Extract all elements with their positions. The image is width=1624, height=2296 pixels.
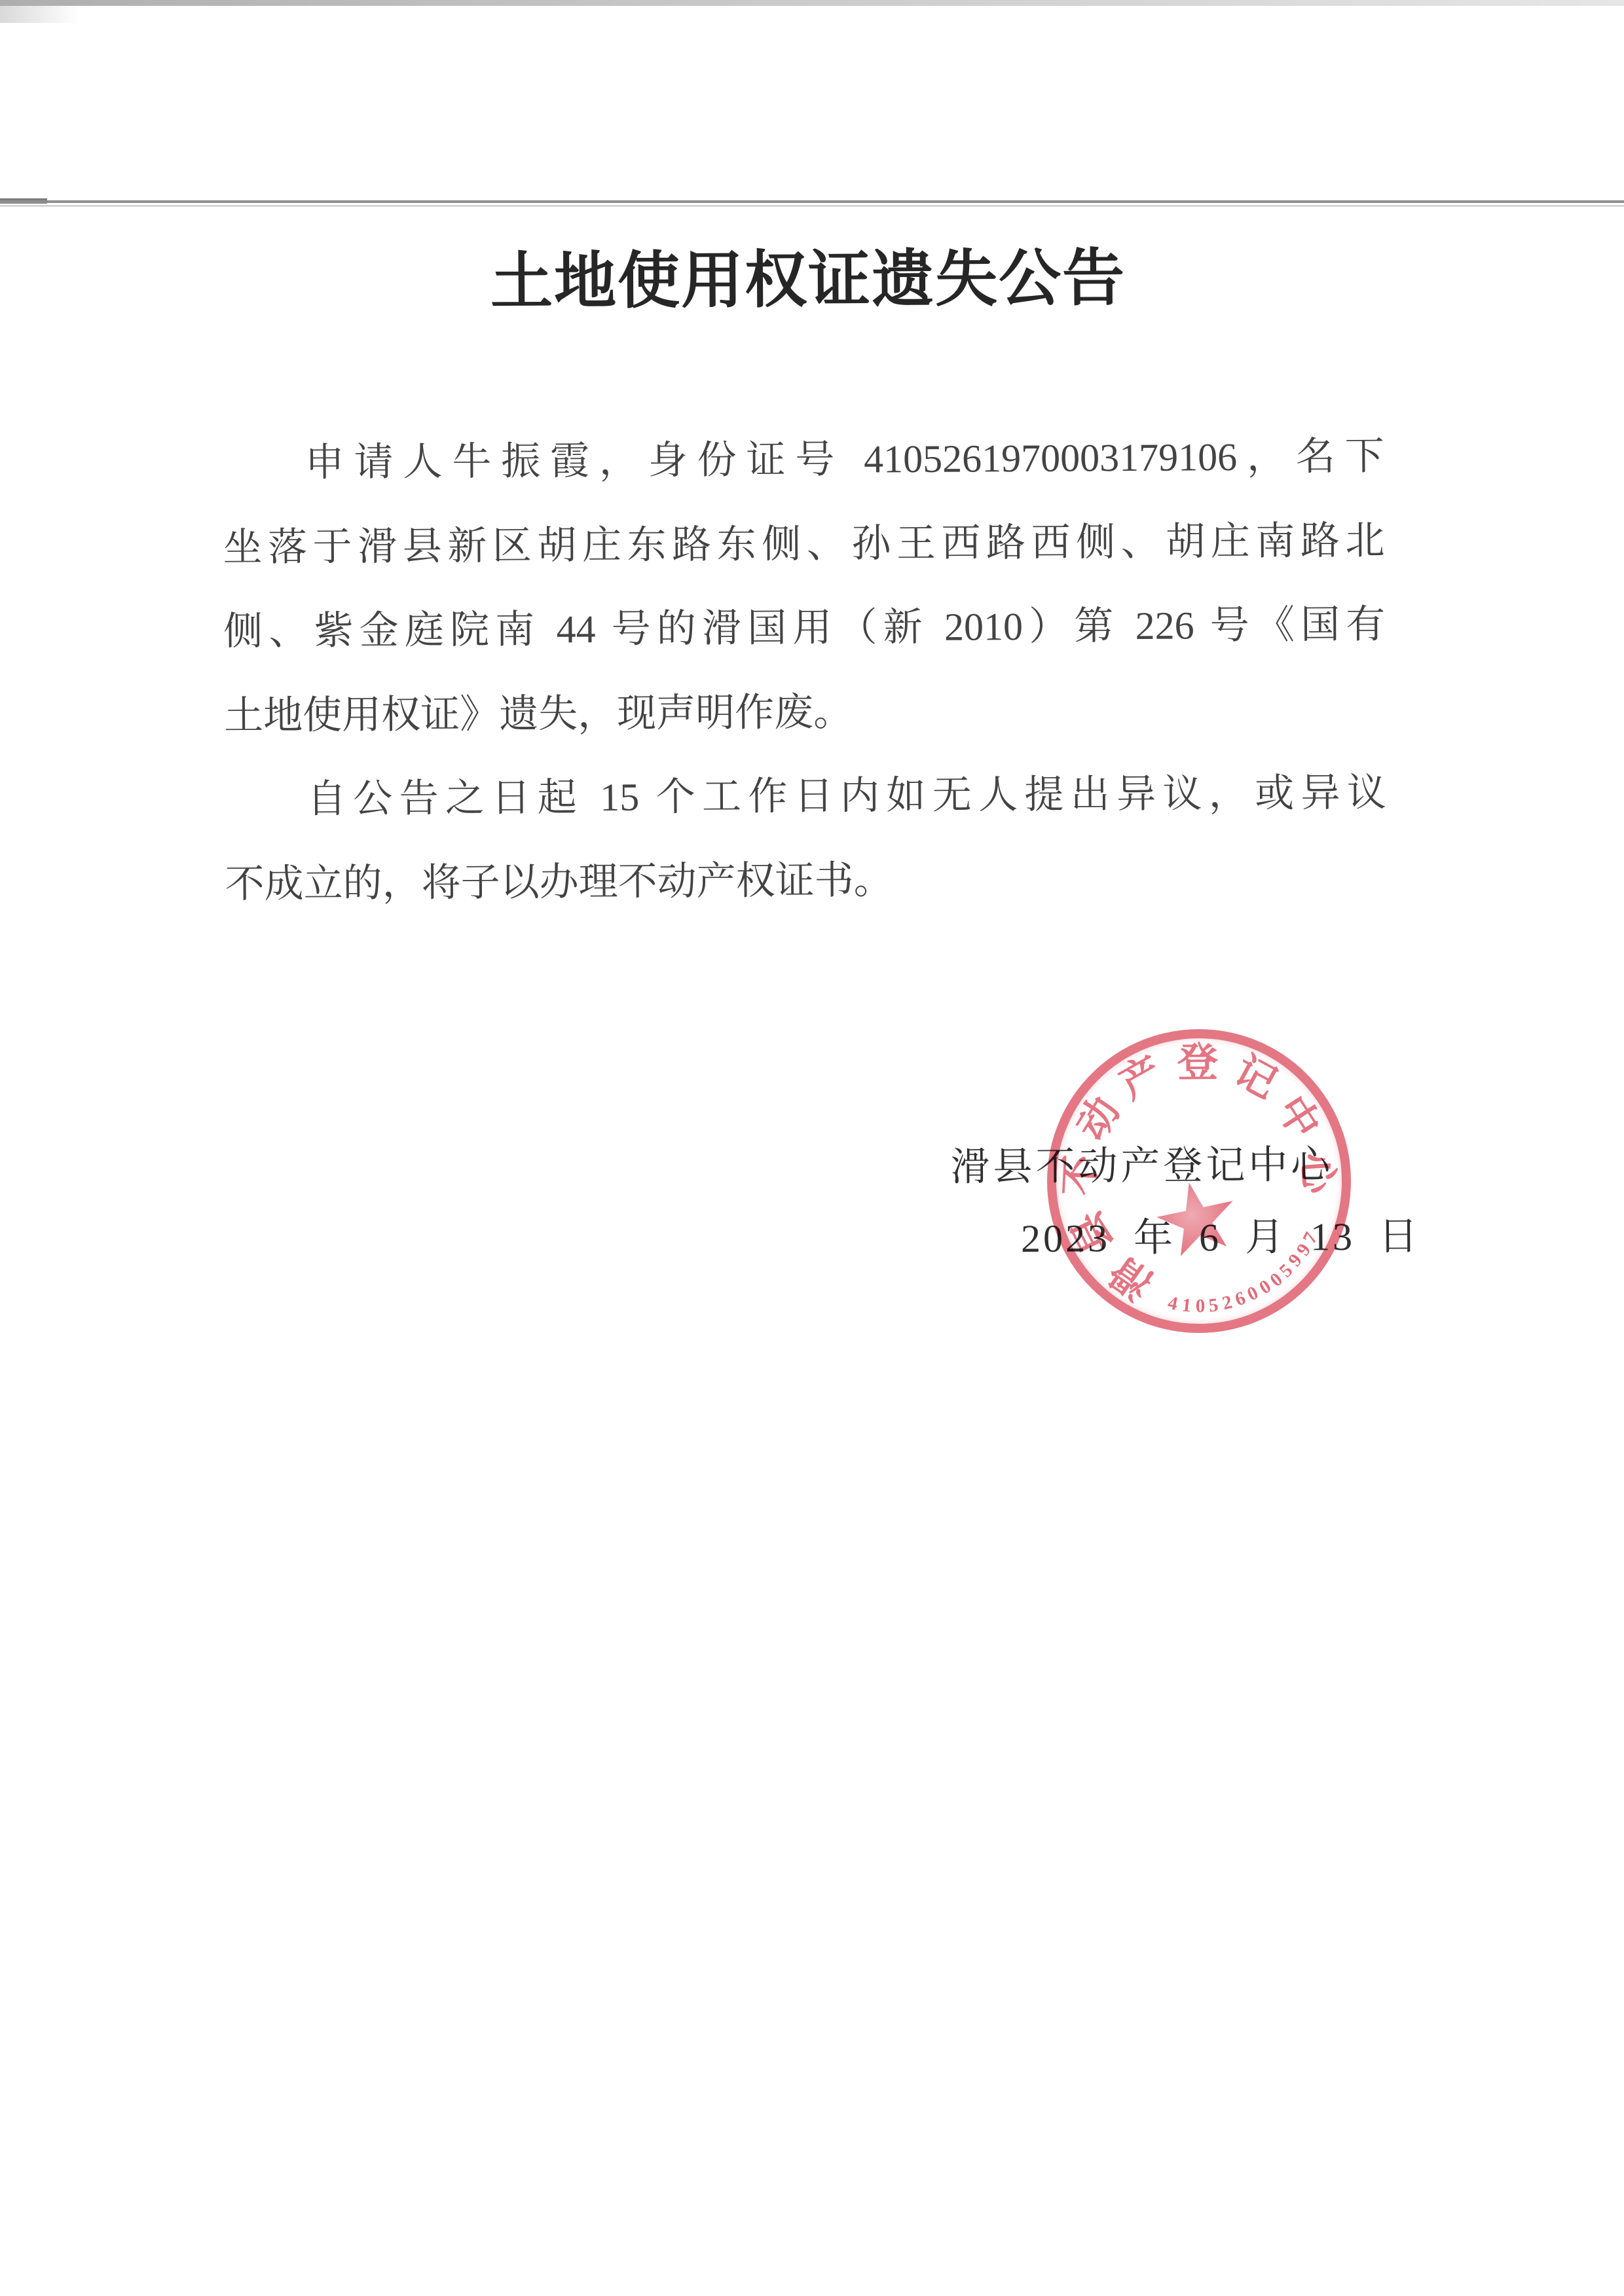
seal-ring-char: 心	[1285, 1142, 1348, 1205]
body-line: 侧、紫金庭院南 44 号的滑国用（新 2010）第 226 号《国有	[223, 583, 1386, 674]
body-line: 申请人牛振霞，身份证号 4105261970003179106，名下	[222, 414, 1384, 505]
body-line: 坐落于滑县新区胡庄东路东侧、孙王西路西侧、胡庄南路北	[223, 498, 1385, 589]
page-title: 土地使用权证遗失公告	[0, 225, 1620, 324]
body-line: 自公告之日起 15 个工作日内如无人提出异议，或异议	[224, 751, 1386, 842]
scanned-announcement-page: 土地使用权证遗失公告 申请人牛振霞，身份证号 41052619700031791…	[0, 0, 1624, 2296]
official-seal: 滑县不动产登记中心 4105260005997	[1035, 1017, 1363, 1345]
body-line: 土地使用权证》遗失，现声明作废。	[224, 666, 1386, 757]
body-line: 不成立的，将子以办理不动产权证书。	[225, 835, 1387, 926]
document-content: 土地使用权证遗失公告 申请人牛振霞，身份证号 41052619700031791…	[0, 0, 1624, 2296]
announcement-body: 申请人牛振霞，身份证号 4105261970003179106，名下 坐落于滑县…	[222, 414, 1387, 926]
